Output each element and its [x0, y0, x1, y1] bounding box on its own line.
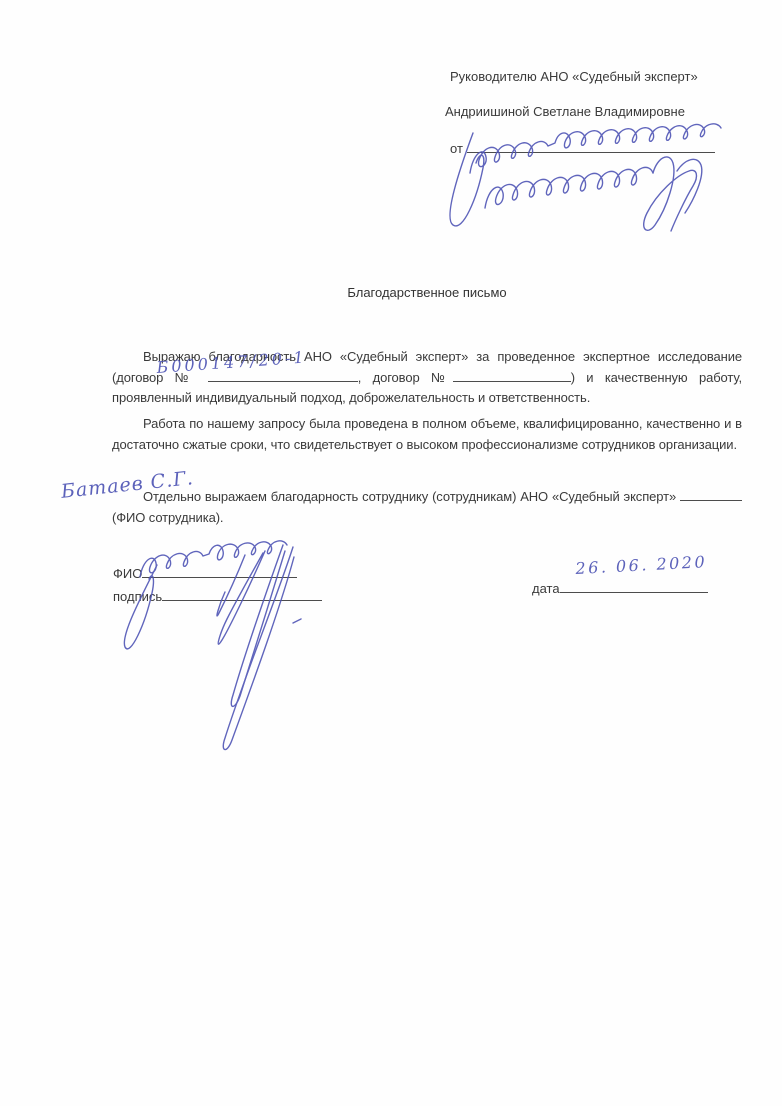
handwritten-signature-header: [425, 113, 760, 243]
scanned-letter-page: Руководителю АНО «Судебный эксперт» Андр…: [0, 0, 782, 1106]
recipient-line-1: Руководителю АНО «Судебный эксперт»: [450, 69, 698, 84]
p3-text: Отдельно выражаем благодарность сотрудни…: [143, 489, 680, 504]
p1-text-between: , договор №: [358, 370, 453, 385]
contract-number-blank-2: [453, 369, 571, 381]
paragraph-2: Работа по нашему запросу была проведена …: [112, 414, 742, 455]
paragraph-3: Отдельно выражаем благодарность сотрудни…: [112, 487, 742, 528]
handwritten-signature-bottom: [95, 535, 335, 760]
date-blank-line: [560, 581, 708, 593]
date-label: дата: [532, 581, 560, 596]
letter-title: Благодарственное письмо: [112, 285, 742, 300]
p3-text-after: (ФИО сотрудника).: [112, 510, 223, 525]
handwritten-date: 26. 06. 2020: [575, 552, 708, 578]
employee-name-blank: [680, 489, 742, 501]
date-line: дата: [532, 581, 708, 596]
